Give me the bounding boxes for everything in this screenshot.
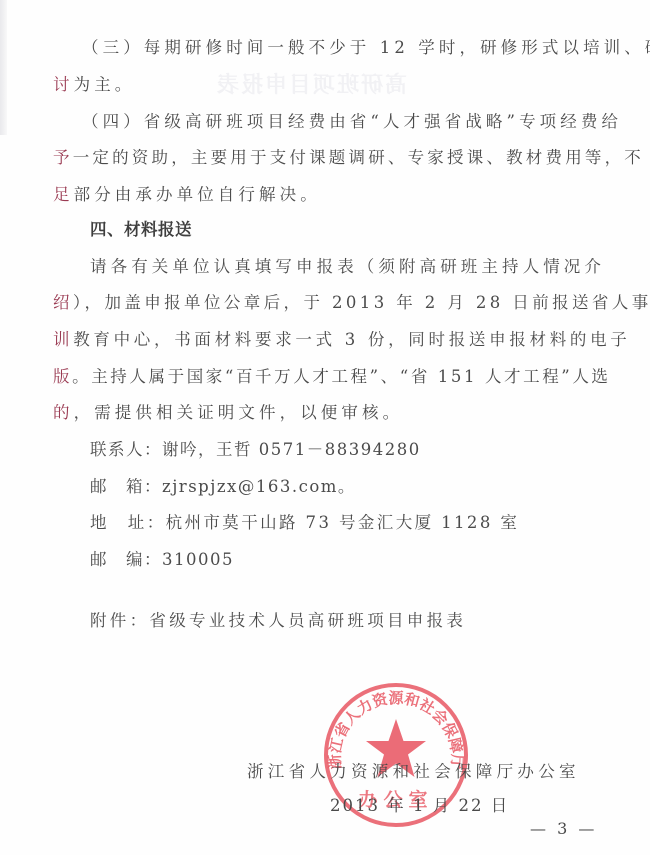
attachment-line: 附件：省级专业技术人员高研班项目申报表 [90,610,466,632]
contact-person-label: 联系人： [90,440,162,459]
section-heading: 四、材料报送 [90,219,192,241]
contact-postcode-value: 310005 [162,550,234,569]
contact-email-value: zjrspjzx@163.com。 [162,477,356,496]
submission-line-3: 训教育中心，书面材料要求一式 3 份，同时报送申报材料的电子 [53,329,631,351]
line-start-char: 予 [53,148,73,167]
issuer-name: 浙江省人力资源和社会保障厅办公室 [247,758,580,782]
line-start-char: 的 [53,403,74,422]
paragraph-4-line-1: （四）省级高研班项目经费由省“人才强省战略”专项经费给 [82,111,622,133]
paragraph-4-line-3: 足部分由承办单位自行解决。 [53,184,321,206]
line-start-char: 版 [53,367,72,386]
submission-line-2: 绍），加盖申报单位公章后，于 2013 年 2 月 28 日前报送省人事培 [53,292,650,314]
bleed-through-text: 高研班项目申报表 [215,68,407,99]
contact-address: 地 址：杭州市莫干山路 73 号金汇大厦 1128 室 [90,512,519,534]
contact-person: 联系人：谢吟，王哲 0571－88394280 [90,439,421,461]
line-start-char: 足 [53,185,74,204]
line-start-char: 绍 [53,293,73,312]
submission-line-5: 的，需提供相关证明文件，以便审核。 [53,402,403,424]
contact-address-label: 地 址： [90,513,166,532]
contact-email: 邮 箱：zjrspjzx@163.com。 [90,476,356,498]
paragraph-3-line-1: （三）每期研修时间一般不少于 12 学时，研修形式以培训、研 [82,37,650,59]
scan-edge-shadow [0,0,7,135]
contact-postcode-label: 邮 编： [90,550,162,569]
contact-email-label: 邮 箱： [90,477,162,496]
paragraph-3-line-2: 讨为主。 [53,74,135,96]
contact-person-value: 谢吟，王哲 0571－88394280 [162,440,421,459]
contact-postcode: 邮 编：310005 [90,549,234,571]
document-page: 高研班项目申报表 （三）每期研修时间一般不少于 12 学时，研修形式以培训、研 … [0,0,650,855]
submission-line-1: 请各有关单位认真填写申报表（须附高研班主持人情况介 [90,256,605,278]
line-start-char: 训 [53,330,73,349]
contact-address-value: 杭州市莫干山路 73 号金汇大厦 1128 室 [166,513,520,532]
issue-date: 2013 年 1 月 22 日 [330,792,509,816]
line-start-char: 讨 [53,75,74,94]
submission-line-4: 版。主持人属于国家“百千万人才工程”、“省 151 人才工程”人选 [53,366,611,388]
paragraph-4-line-2: 予一定的资助，主要用于支付课题调研、专家授课、教材费用等，不 [53,147,644,169]
page-number: — 3 — [530,819,597,838]
